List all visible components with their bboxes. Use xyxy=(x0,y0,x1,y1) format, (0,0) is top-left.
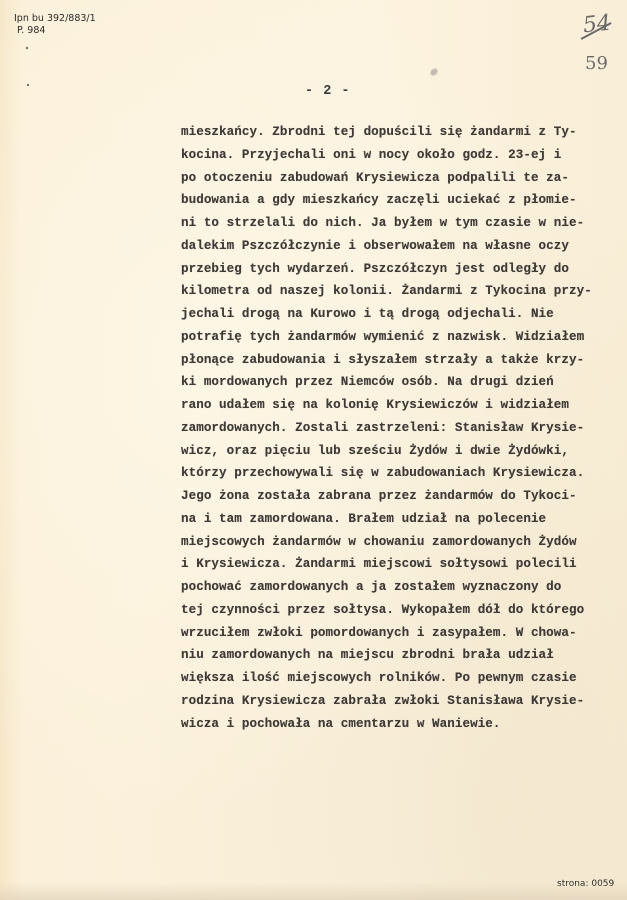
text-line: pochować zamordowanych a ja zostałem wyz… xyxy=(181,576,611,599)
text-line: i Krysiewicza. Żandarmi miejscowi sołtys… xyxy=(181,553,611,576)
text-line: przebieg tych wydarzeń. Pszczółczyn jest… xyxy=(181,258,611,281)
text-line: rano udałem się na kolonię Krysiewiczów … xyxy=(181,394,611,417)
text-line: po otoczeniu zabudowań Krysiewicza podpa… xyxy=(181,167,611,190)
text-line: jechali drogą na Kurowo i tą drogą odjec… xyxy=(181,303,611,326)
text-line: większa ilość miejscowych rolników. Po p… xyxy=(181,667,611,690)
text-line: rodzina Krysiewicza zabrała zwłoki Stani… xyxy=(181,690,611,713)
text-line: potrafię tych żandarmów wymienić z nazwi… xyxy=(181,326,611,349)
text-line: dalekim Pszczółczynie i obserwowałem na … xyxy=(181,235,611,258)
archive-page-ref: P. 984 xyxy=(14,25,96,37)
text-line: Jego żona została zabrana przez żandarmó… xyxy=(181,485,611,508)
dust-speck xyxy=(27,84,29,86)
text-line: wrzuciłem zwłoki pomordowanych i zasypał… xyxy=(181,622,611,645)
handwritten-page-number: 59 xyxy=(585,53,608,74)
archive-signature: Ipn bu 392/883/1 xyxy=(14,13,96,25)
text-line: miejscowych żandarmów w chowaniu zamordo… xyxy=(181,531,611,554)
text-line: ki mordowanych przez Niemców osób. Na dr… xyxy=(181,371,611,394)
pencil-smudge xyxy=(429,67,439,77)
footer-page-label: strona: 0059 xyxy=(557,879,614,889)
text-line: ni to strzelali do nich. Ja byłem w tym … xyxy=(181,212,611,235)
scanned-document-page: Ipn bu 392/883/1 P. 984 54 59 - 2 - mies… xyxy=(0,0,627,900)
text-line: mieszkańcy. Zbrodni tej dopuścili się ża… xyxy=(181,121,611,144)
archive-reference: Ipn bu 392/883/1 P. 984 xyxy=(14,13,96,37)
text-line: niu zamordowanych na miejscu zbrodni bra… xyxy=(181,644,611,667)
text-line: kilometra od naszej kolonii. Żandarmi z … xyxy=(181,280,611,303)
typed-page-marker: - 2 - xyxy=(305,84,351,99)
text-line: kocina. Przyjechali oni w nocy około god… xyxy=(181,144,611,167)
text-line: płonące zabudowania i słyszałem strzały … xyxy=(181,349,611,372)
text-line: którzy przechowywali się w zabudowaniach… xyxy=(181,462,611,485)
text-line: wicza i pochowała na cmentarzu w Waniewi… xyxy=(181,713,611,736)
typewritten-body: mieszkańcy. Zbrodni tej dopuścili się ża… xyxy=(181,121,611,735)
text-line: budowania a gdy mieszkańcy zaczęli uciek… xyxy=(181,189,611,212)
text-line: tej czynności przez sołtysa. Wykopałem d… xyxy=(181,599,611,622)
dust-speck xyxy=(26,47,28,49)
text-line: na i tam zamordowana. Brałem udział na p… xyxy=(181,508,611,531)
text-line: zamordowanych. Zostali zastrzeleni: Stan… xyxy=(181,417,611,440)
text-line: wicz, oraz pięciu lub sześciu Żydów i dw… xyxy=(181,440,611,463)
